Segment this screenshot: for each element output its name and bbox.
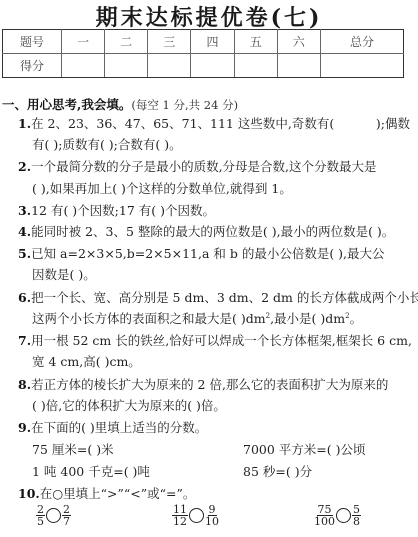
fraction: 1112: [172, 504, 188, 527]
score-cell[interactable]: [277, 54, 320, 78]
question-number: 9.: [18, 420, 31, 435]
score-cell[interactable]: [234, 54, 277, 78]
question-5-line-1: 5.已知 a=2×3×5,b=2×5×11,a 和 b 的最小公倍数是( ),最…: [18, 244, 385, 262]
score-cell[interactable]: [320, 54, 403, 78]
question-2-line-1: 2.一个最简分数的分子是最小的质数,分母是合数,这个分数最大是: [18, 157, 377, 175]
section-title: 一、用心思考,我会填。: [2, 97, 131, 112]
score-table: 题号 一 二 三 四 五 六 总分 得分: [2, 29, 404, 78]
header-cell: 三: [148, 30, 191, 54]
question-9-item: 7000 平方米=( )公顷: [243, 440, 366, 458]
question-10-line-1: 10.在○里填上“>”“<”或“=”。: [18, 484, 195, 502]
question-text: 一个最简分数的分子是最小的质数,分母是合数,这个分数最大是: [31, 159, 376, 174]
fraction: 25: [36, 504, 45, 527]
score-cell[interactable]: [62, 54, 105, 78]
question-text: 已知 a=2×3×5,b=2×5×11,a 和 b 的最小公倍数是( ),最大公: [31, 246, 384, 261]
score-cell[interactable]: [105, 54, 148, 78]
question-text: ,最小是( )dm: [270, 311, 345, 326]
fraction: 910: [205, 504, 219, 527]
answer-circle[interactable]: [46, 508, 61, 523]
question-9-item: 85 秒=( )分: [243, 462, 312, 480]
header-cell: 四: [191, 30, 234, 54]
question-1-line-1: 1.在 2、23、36、47、65、71、111 这些数中,奇数有();偶数: [18, 114, 410, 132]
comparison-item: 2527: [36, 504, 71, 527]
question-number: 8.: [18, 377, 31, 392]
page-title: 期末达标提优卷(七): [0, 1, 418, 32]
question-number: 2.: [18, 159, 31, 174]
question-7-line-2: 宽 4 cm,高( )cm。: [32, 352, 141, 370]
question-4: 4.能同时被 2、3、5 整除的最大的两位数是( ),最小的两位数是( )。: [18, 222, 394, 240]
question-number: 10.: [18, 486, 40, 501]
question-number: 4.: [18, 224, 31, 239]
question-9-item: 75 厘米=( )米: [32, 440, 114, 458]
comparison-item: 1112910: [172, 504, 219, 527]
question-1-line-2: 有( );质数有( );合数有( )。: [32, 135, 182, 153]
fraction: 58: [352, 504, 361, 527]
question-6-line-2: 这两个小长方体的表面积之和最大是( )dm2,最小是( )dm2。: [32, 309, 362, 327]
question-number: 5.: [18, 246, 31, 261]
score-cell[interactable]: [191, 54, 234, 78]
answer-circle[interactable]: [336, 508, 351, 523]
question-3: 3.12 有( )个因数;17 有( )个因数。: [18, 201, 215, 219]
question-9-line-1: 9.在下面的( )里填上适当的分数。: [18, 418, 207, 436]
question-2-line-2: ( ),如果再加上( )个这样的分数单位,就得到 1。: [32, 179, 292, 197]
comparison-item: 7510058: [314, 504, 361, 527]
question-5-line-2: 因数是( )。: [32, 265, 96, 283]
question-text: 在 2、23、36、47、65、71、111 这些数中,奇数有(: [31, 116, 334, 131]
question-number: 6.: [18, 290, 31, 305]
section-note: (每空 1 分,共 24 分): [131, 98, 238, 112]
question-number: 7.: [18, 333, 31, 348]
question-7-line-1: 7.用一根 52 cm 长的铁丝,恰好可以焊成一个长方体框架,框架长 6 cm,: [18, 331, 412, 349]
row-label: 得分: [3, 54, 62, 78]
question-text: 在○里填上“>”“<”或“=”。: [40, 486, 196, 501]
question-8-line-2: ( )倍,它的体积扩大为原来的( )倍。: [32, 396, 226, 414]
fraction: 75100: [314, 504, 335, 527]
question-text: 能同时被 2、3、5 整除的最大的两位数是( ),最小的两位数是( )。: [31, 224, 394, 239]
score-table-score-row: 得分: [3, 54, 404, 78]
header-cell: 二: [105, 30, 148, 54]
question-9-item: 1 吨 400 千克=( )吨: [32, 462, 150, 480]
header-cell: 总分: [320, 30, 403, 54]
question-8-line-1: 8.若正方体的棱长扩大为原来的 2 倍,那么它的表面积扩大为原来的: [18, 375, 388, 393]
question-text: 在下面的( )里填上适当的分数。: [31, 420, 207, 435]
score-table-header-row: 题号 一 二 三 四 五 六 总分: [3, 30, 404, 54]
question-number: 1.: [18, 116, 31, 131]
question-text: 这两个小长方体的表面积之和最大是( )dm: [32, 311, 266, 326]
question-text: 用一根 52 cm 长的铁丝,恰好可以焊成一个长方体框架,框架长 6 cm,: [31, 333, 412, 348]
question-6-line-1: 6.把一个长、宽、高分别是 5 dm、3 dm、2 dm 的长方体截成两个小长方…: [18, 288, 418, 306]
fraction: 27: [62, 504, 71, 527]
question-text: 把一个长、宽、高分别是 5 dm、3 dm、2 dm 的长方体截成两个小长方体,: [31, 290, 418, 305]
header-cell: 题号: [3, 30, 62, 54]
question-text: 若正方体的棱长扩大为原来的 2 倍,那么它的表面积扩大为原来的: [31, 377, 388, 392]
question-text: 12 有( )个因数;17 有( )个因数。: [31, 203, 215, 218]
score-cell[interactable]: [148, 54, 191, 78]
answer-circle[interactable]: [189, 508, 204, 523]
header-cell: 五: [234, 30, 277, 54]
header-cell: 一: [62, 30, 105, 54]
header-cell: 六: [277, 30, 320, 54]
section-heading: 一、用心思考,我会填。(每空 1 分,共 24 分): [2, 95, 238, 113]
question-number: 3.: [18, 203, 31, 218]
question-text: );偶数: [376, 114, 410, 132]
question-text: 。: [350, 311, 363, 326]
